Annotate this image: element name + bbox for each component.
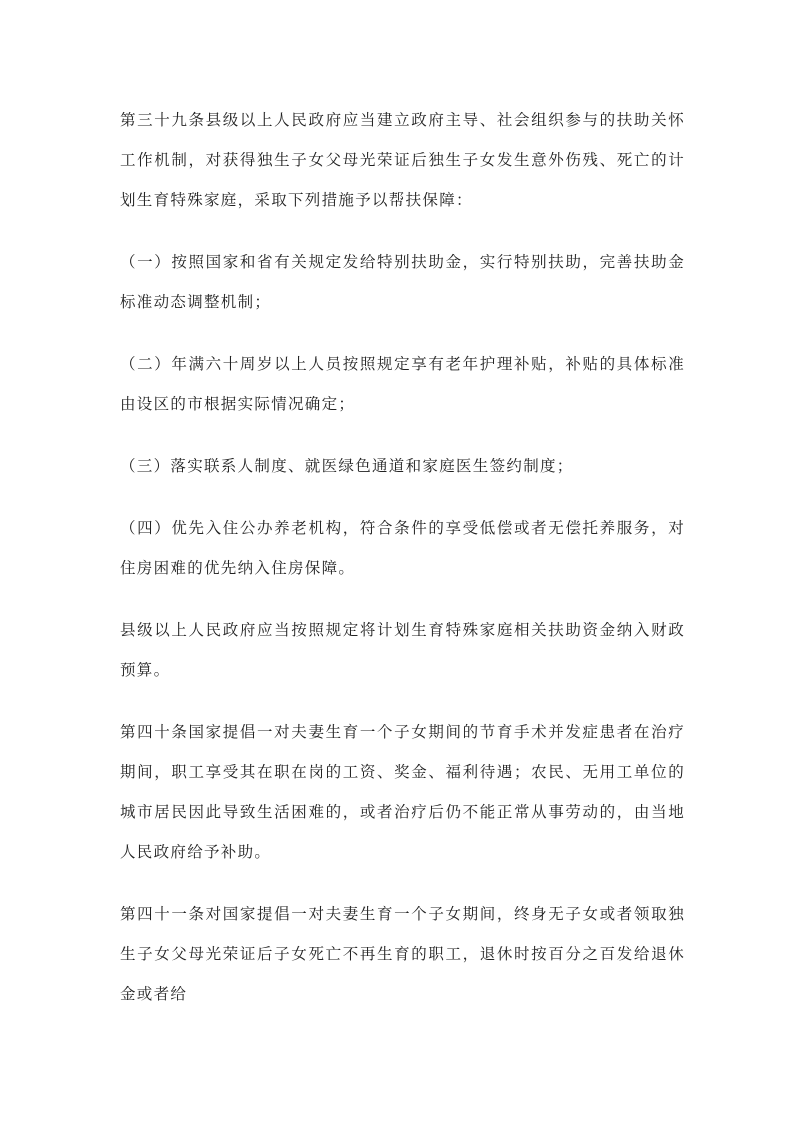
- article-40: 第四十条国家提倡一对夫妻生育一个子女期间的节育手术并发症患者在治疗期间，职工享受…: [120, 712, 685, 872]
- article-41: 第四十一条对国家提倡一对夫妻生育一个子女期间，终身无子女或者领取独生子女父母光荣…: [120, 894, 685, 1014]
- document-page: 第三十九条县级以上人民政府应当建立政府主导、社会组织参与的扶助关怀工作机制，对获…: [120, 100, 685, 1036]
- article-39-budget: 县级以上人民政府应当按照规定将计划生育特殊家庭相关扶助资金纳入财政预算。: [120, 610, 685, 690]
- article-39-intro: 第三十九条县级以上人民政府应当建立政府主导、社会组织参与的扶助关怀工作机制，对获…: [120, 100, 685, 220]
- article-39-item-1: （一）按照国家和省有关规定发给特别扶助金，实行特别扶助，完善扶助金标准动态调整机…: [120, 242, 685, 322]
- article-39-item-4: （四）优先入住公办养老机构，符合条件的享受低偿或者无偿托养服务，对住房困难的优先…: [120, 508, 685, 588]
- article-39-item-3: （三）落实联系人制度、就医绿色通道和家庭医生签约制度；: [120, 446, 685, 486]
- article-39-item-2: （二）年满六十周岁以上人员按照规定享有老年护理补贴，补贴的具体标准由设区的市根据…: [120, 344, 685, 424]
